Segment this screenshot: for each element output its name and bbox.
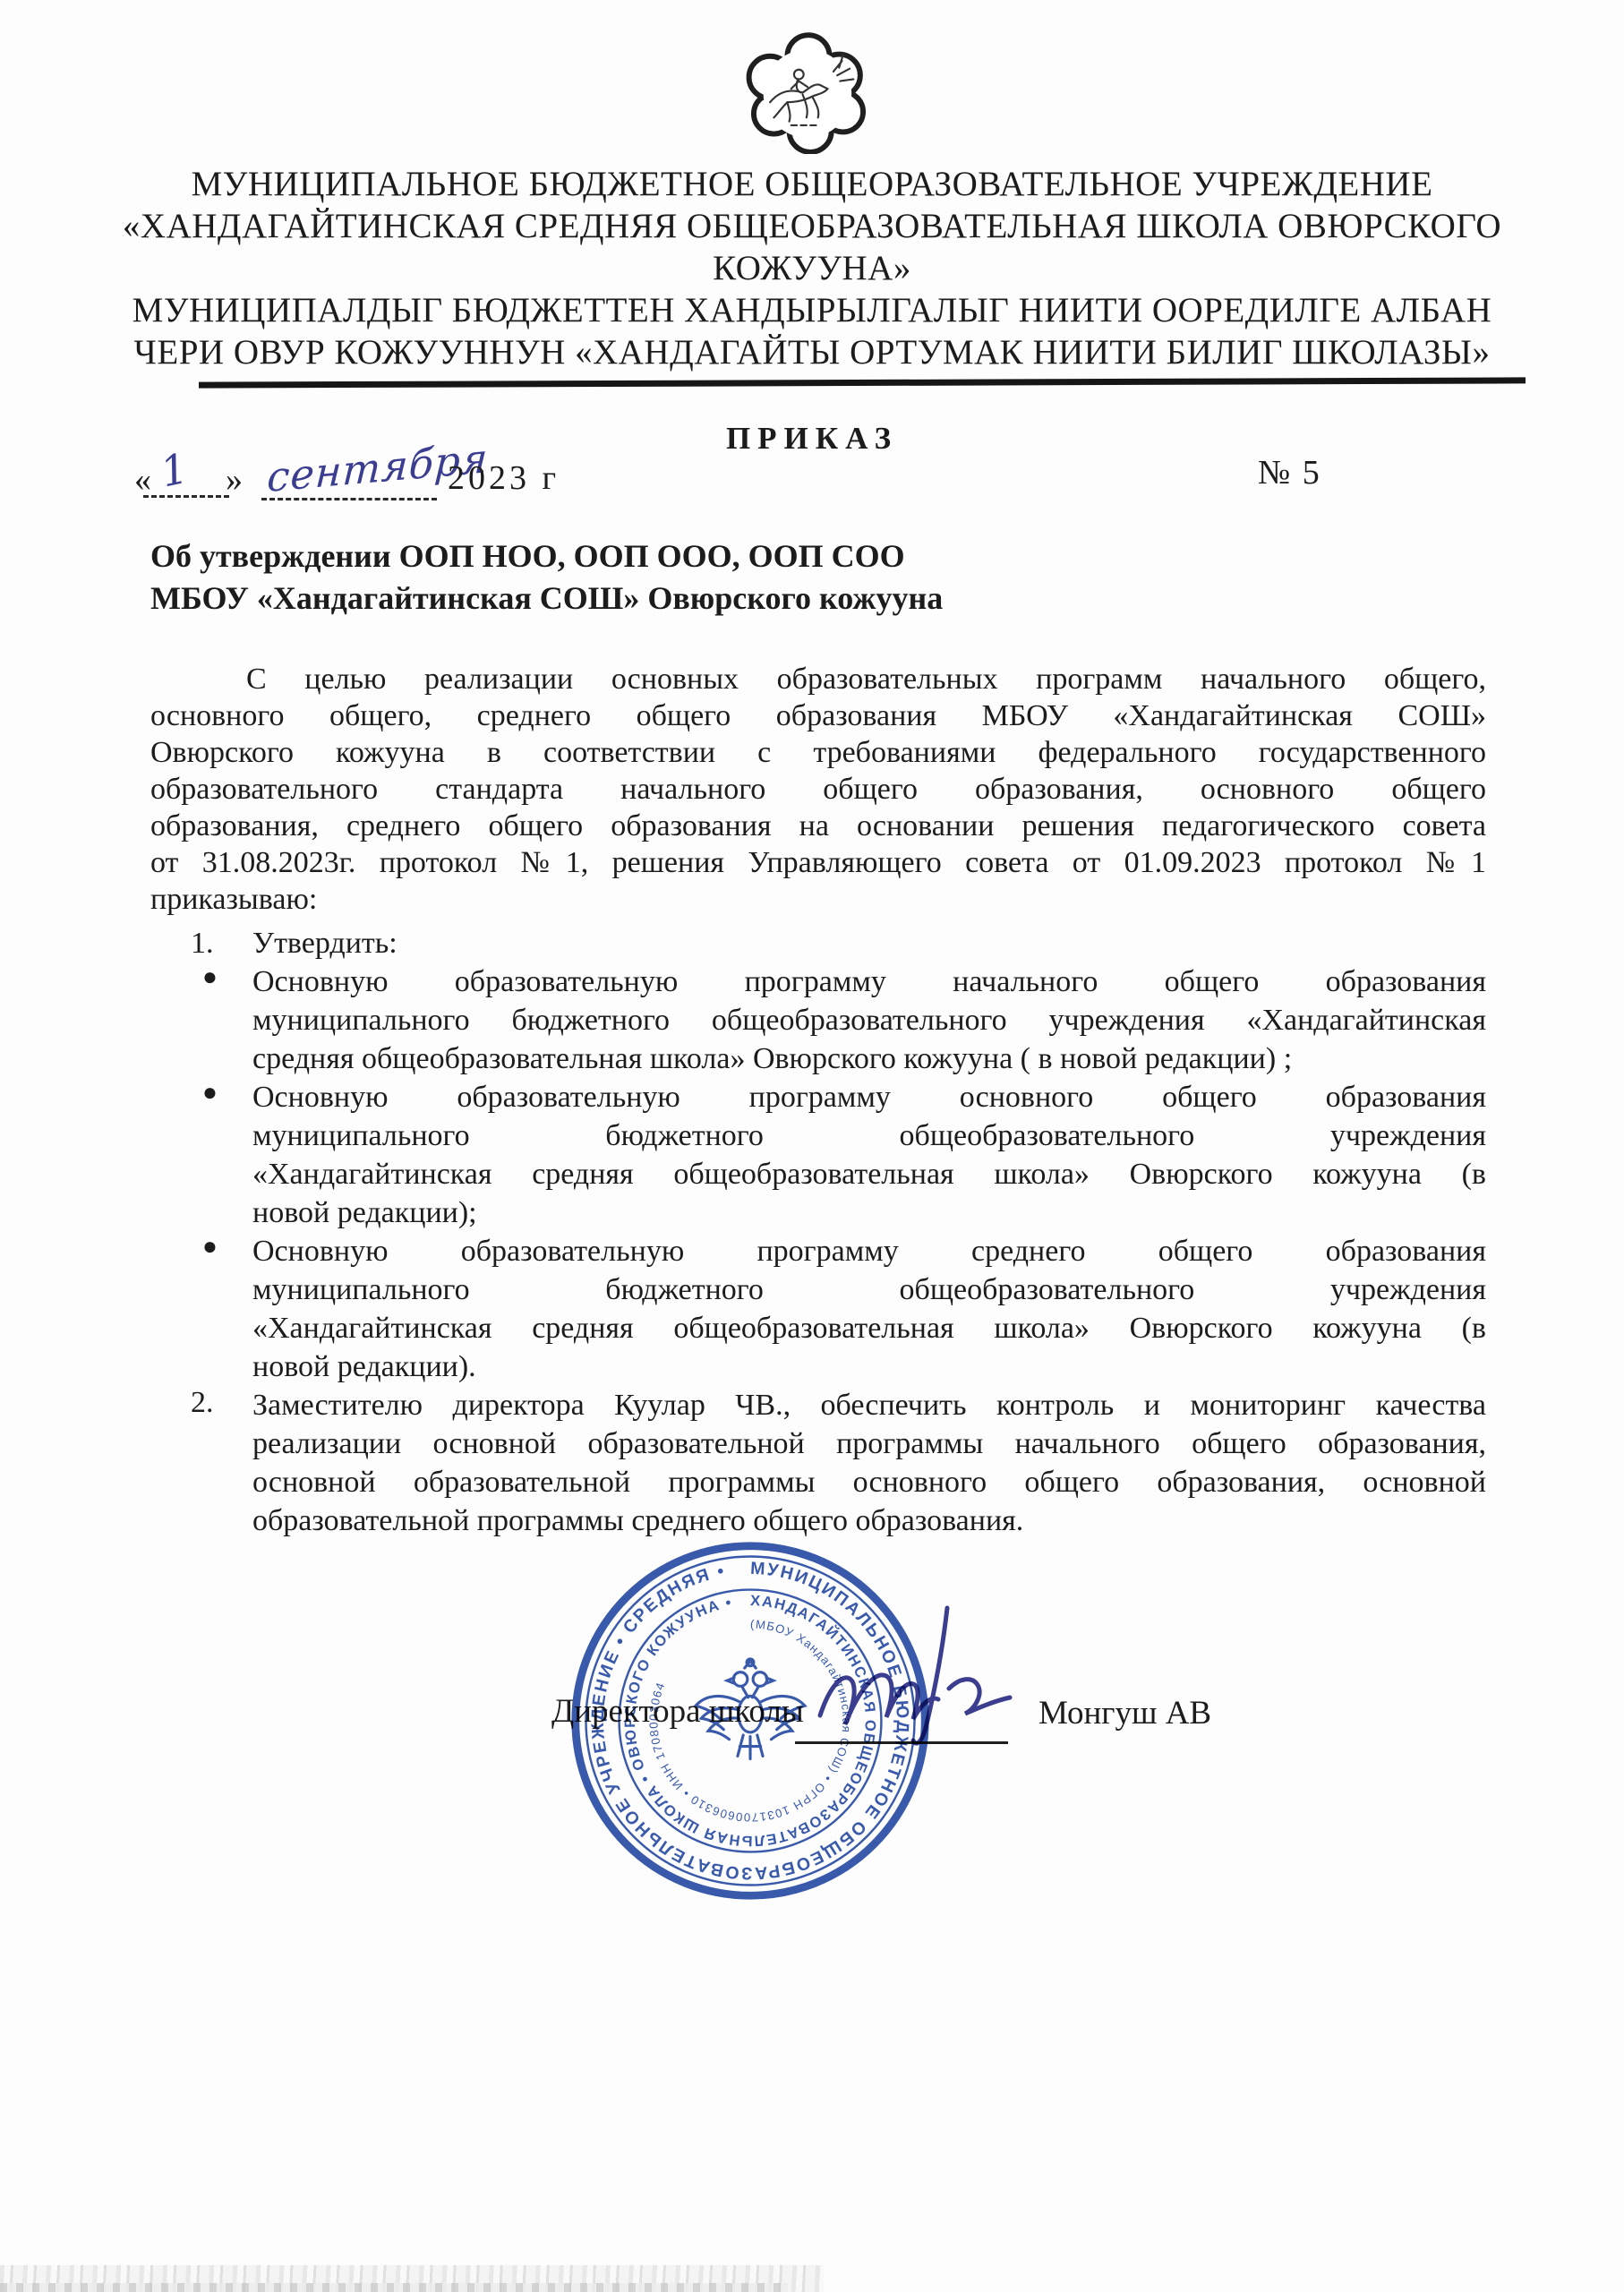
subject-line: МБОУ «Хандагайтинская СОШ» Овюрского кож… [150,577,1493,620]
body-line: образования, среднего общего образования… [150,808,1486,844]
letterhead-line: КОЖУУНА» [81,247,1543,289]
subject-line: Об утверждении ООП НОО, ООП ООО, ООП СОО [150,535,1493,577]
document-page: МУНИЦИПАЛЬНОЕ БЮДЖЕТНОЕ ОБЩЕОРАЗОВАТЕЛЬН… [0,0,1624,2292]
doc-number: № 5 [1258,453,1321,492]
letterhead-line: ЧЕРИ ОВУР КОЖУУННУН «ХАНДАГАЙТЫ ОРТУМАК … [81,331,1543,373]
bullet-item: ● Основную образовательную программу нач… [252,962,1486,1078]
bullet-item: ● Основную образовательную программу сре… [252,1232,1486,1386]
body-line: образовательного стандарта начального об… [150,771,1486,808]
body-line: основной образовательной программы основ… [252,1463,1486,1501]
bullet-item: ● Основную образовательную программу осн… [252,1078,1486,1232]
subject-block: Об утверждении ООП НОО, ООП ООО, ООП СОО… [150,535,1493,620]
school-logo-horse-rider-icon [741,32,876,154]
bullet-line: муниципального бюджетного общеобразовате… [252,1116,1486,1155]
body-line: реализации основной образовательной прог… [252,1424,1486,1463]
date-month-dashed-underline [261,498,437,500]
bullet-line: «Хандагайтинская средняя общеобразовател… [252,1309,1486,1347]
body-line: образовательной программы среднего общег… [252,1501,1486,1540]
order-title: ПРИКАЗ [0,421,1624,457]
bullet-line: Основную образовательную программу основ… [252,1078,1486,1116]
list-number: 1. [191,924,214,962]
date-year: 2023 г [448,458,560,498]
header-divider-line [199,377,1526,388]
date-close-quote: » [226,460,243,500]
date-open-quote: « [134,460,151,500]
intro-paragraph: С целью реализации основных образователь… [150,661,1486,918]
order-list: 1. Утвердить: ● Основную образовательную… [191,924,1486,1540]
bullet-line: Основную образовательную программу начал… [252,962,1486,1001]
list-item-1: 1. Утвердить: [191,924,1486,962]
svg-text:(МБОУ Хандагайтинская СОШ) • О: (МБОУ Хандагайтинская СОШ) • ОГРН 103170… [646,1617,853,1824]
stamp-inner-ring-text: (МБОУ Хандагайтинская СОШ) • ОГРН 103170… [646,1617,853,1824]
list-item-label: Утвердить: [252,924,397,962]
bullet-icon: ● [202,1233,218,1261]
bullet-line: муниципального бюджетного общеобразовате… [252,1001,1486,1039]
body-line: Овюрского кожууна в соответствии с требо… [150,734,1486,771]
body-line: Заместителю директора Куулар ЧВ., обеспе… [252,1386,1486,1424]
letterhead: МУНИЦИПАЛЬНОЕ БЮДЖЕТНОЕ ОБЩЕОРАЗОВАТЕЛЬН… [81,163,1543,373]
body-line: С целью реализации основных образователь… [150,661,1486,697]
scan-noise-edge [0,2283,788,2292]
director-name: Монгуш АВ [1039,1694,1211,1732]
list-number: 2. [191,1386,214,1420]
body-line: основного общего, среднего общего образо… [150,697,1486,734]
school-stamp: МУНИЦИПАЛЬНОЕ БЮДЖЕТНОЕ ОБЩЕОБРАЗОВАТЕЛЬ… [567,1537,934,1904]
body-line: от 31.08.2023г. протокол №1, решения Упр… [150,844,1486,881]
bullet-line: Основную образовательную программу средн… [252,1232,1486,1270]
body-line: приказываю: [150,881,1486,918]
letterhead-line: «ХАНДАГАЙТИНСКАЯ СРЕДНЯЯ ОБЩЕОБРАЗОВАТЕЛ… [81,205,1543,247]
bullet-icon: ● [202,963,218,992]
letterhead-line: МУНИЦИПАЛЬНОЕ БЮДЖЕТНОЕ ОБЩЕОРАЗОВАТЕЛЬН… [81,163,1543,205]
double-headed-eagle-icon [696,1659,805,1759]
bullet-line: муниципального бюджетного общеобразовате… [252,1270,1486,1309]
date-day-dashed-underline [143,495,229,498]
bullet-line: новой редакции). [252,1347,1486,1386]
bullet-line: средняя общеобразовательная школа» Овюрс… [252,1039,1486,1078]
letterhead-line: МУНИЦИПАЛДЫГ БЮДЖЕТТЕН ХАНДЫРЫЛГАЛЫГ НИИ… [81,289,1543,331]
bullet-line: «Хандагайтинская средняя общеобразовател… [252,1155,1486,1193]
bullet-icon: ● [202,1079,218,1108]
list-item-2: 2. Заместителю директора Куулар ЧВ., обе… [191,1386,1486,1540]
bullet-line: новой редакции); [252,1193,1486,1232]
